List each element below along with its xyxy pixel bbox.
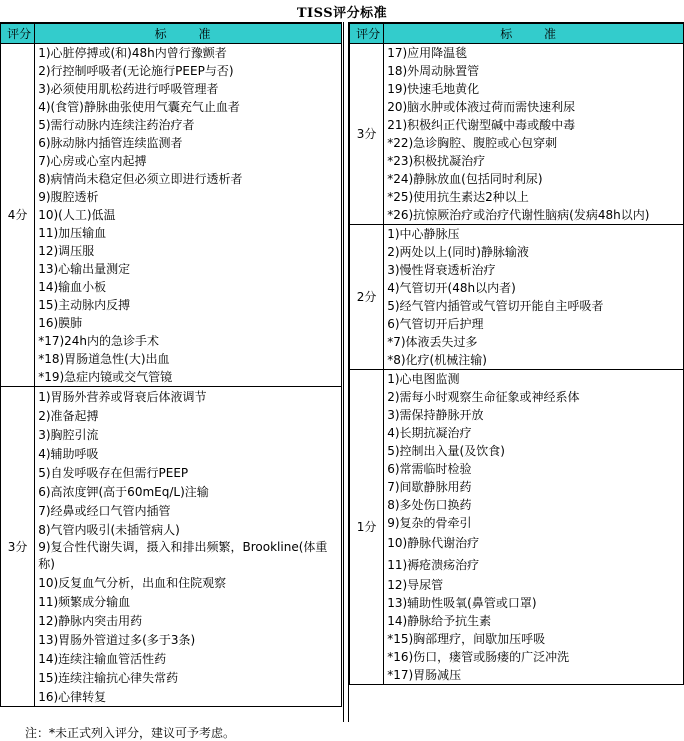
table-row: 18)外周动脉置管 <box>350 62 684 80</box>
table-row: 11)褥疮溃疡治疗 <box>350 554 684 576</box>
table-row: 4分1)心脏停搏或(和)48h内曾行豫颤者 <box>1 44 342 63</box>
criteria-item: 4)气管切开(48h以内者) <box>384 279 684 297</box>
criteria-item: 12)调压服 <box>35 242 342 260</box>
table-header-row: 评分 标 准 <box>350 23 684 44</box>
criteria-item: 7)经鼻或经口气管内插管 <box>35 501 342 520</box>
table-row: 10)反复血气分析，出血和住院观察 <box>1 573 342 592</box>
table-row: 14)连续注输血管活性药 <box>1 649 342 668</box>
criteria-item: 1)中心静脉压 <box>384 225 684 244</box>
table-row: 4)(食管)静脉曲张使用气囊充气止血者 <box>1 98 342 116</box>
criteria-item: 20)脑水肿或体液过荷而需快速利尿 <box>384 98 684 116</box>
criteria-item: *19)急症内镜或交气管镜 <box>35 368 342 387</box>
criteria-item: 19)快速毛地黄化 <box>384 80 684 98</box>
criteria-item: 2)需每小时观察生命征象或神经系体 <box>384 388 684 406</box>
criteria-item: 1)心电图监测 <box>384 370 684 389</box>
right-body: 3分17)应用降温毯18)外周动脉置管19)快速毛地黄化20)脑水肿或体液过荷而… <box>350 44 684 685</box>
criteria-item: 3)必须使用肌松药进行呼吸管理者 <box>35 80 342 98</box>
table-row: *17)胃肠减压 <box>350 666 684 685</box>
criteria-item: 7)心房或心室内起搏 <box>35 152 342 170</box>
criteria-item: 12)导尿管 <box>384 576 684 594</box>
table-row: 6)脉动脉内插管连续监测者 <box>1 134 342 152</box>
criteria-item: 10)(人工)低温 <box>35 206 342 224</box>
criteria-item: 13)心输出量测定 <box>35 260 342 278</box>
criteria-item: 5)需行动脉内连续注药治疗者 <box>35 116 342 134</box>
criteria-item: 5)经气管内插管或气管切开能自主呼吸者 <box>384 297 684 315</box>
table-row: 6)气管切开后护理 <box>350 315 684 333</box>
table-row: *17)24h内的急诊手术 <box>1 332 342 350</box>
table-row: 6)常需临时检验 <box>350 460 684 478</box>
criteria-item: 2)行控制呼吸者(无论施行PEEP与否) <box>35 62 342 80</box>
criteria-item: *18)胃肠道急性(大)出血 <box>35 350 342 368</box>
table-row: 8)多处伤口换药 <box>350 496 684 514</box>
table-row: 4)气管切开(48h以内者) <box>350 279 684 297</box>
table-row: *25)使用抗生素达2种以上 <box>350 188 684 206</box>
table-row: 9)复杂的骨牵引 <box>350 514 684 532</box>
score-cell: 2分 <box>350 225 384 370</box>
table-row: *8)化疗(机械注输) <box>350 351 684 370</box>
criteria-item: *16)伤口，瘘管或肠瘘的广泛冲洗 <box>384 648 684 666</box>
table-row: 3分17)应用降温毯 <box>350 44 684 63</box>
table-row: 5)经气管内插管或气管切开能自主呼吸者 <box>350 297 684 315</box>
table-row: 4)辅助呼吸 <box>1 444 342 463</box>
table-row: 12)导尿管 <box>350 576 684 594</box>
table-row: *22)急诊胸腔、腹腔或心包穿刺 <box>350 134 684 152</box>
table-row: 5)需行动脉内连续注药治疗者 <box>1 116 342 134</box>
tiss-table-right: 评分 标 准 3分17)应用降温毯18)外周动脉置管19)快速毛地黄化20)脑水… <box>349 22 684 685</box>
table-row: 15)主动脉内反搏 <box>1 296 342 314</box>
criteria-item: *15)胸部理疗，间歇加压呼吸 <box>384 630 684 648</box>
criteria-item: 11)频繁成分输血 <box>35 592 342 611</box>
table-row: 13)心输出量测定 <box>1 260 342 278</box>
criteria-item: 2)准备起搏 <box>35 406 342 425</box>
criteria-item: 14)连续注输血管活性药 <box>35 649 342 668</box>
criteria-item: 8)病情尚未稳定但必须立即进行透析者 <box>35 170 342 188</box>
tiss-table-left: 评分 标 准 4分1)心脏停搏或(和)48h内曾行豫颤者2)行控制呼吸者(无论施… <box>0 22 342 707</box>
table-row: *23)积极扰凝治疗 <box>350 152 684 170</box>
table-row: 9)腹腔透析 <box>1 188 342 206</box>
table-row: 8)气管内吸引(未插管病人) <box>1 520 342 539</box>
table-row: 7)经鼻或经口气管内插管 <box>1 501 342 520</box>
header-criteria: 标 准 <box>384 23 684 44</box>
criteria-item: *22)急诊胸腔、腹腔或心包穿刺 <box>384 134 684 152</box>
table-row: 6)高浓度钾(高于60mEq/L)注输 <box>1 482 342 501</box>
criteria-item: 9)腹腔透析 <box>35 188 342 206</box>
table-row: 1分1)心电图监测 <box>350 370 684 389</box>
criteria-item: 4)长期抗凝治疗 <box>384 424 684 442</box>
table-row: 21)积极纠正代谢型碱中毒或酸中毒 <box>350 116 684 134</box>
criteria-item: 15)连续注输抗心律失常药 <box>35 668 342 687</box>
table-row: 2)准备起搏 <box>1 406 342 425</box>
criteria-item: 10)静脉代谢治疗 <box>384 532 684 554</box>
criteria-item: 11)加压输血 <box>35 224 342 242</box>
table-row: 14)输血小板 <box>1 278 342 296</box>
criteria-item: 16)膜肺 <box>35 314 342 332</box>
table-row: 15)连续注输抗心律失常药 <box>1 668 342 687</box>
criteria-item: 9)复合性代谢失调，摄入和排出频繁，Brookline(体重称) <box>35 539 342 573</box>
criteria-item: 2)两处以上(同时)静脉输液 <box>384 243 684 261</box>
criteria-item: 15)主动脉内反搏 <box>35 296 342 314</box>
table-row: 12)静脉内突击用药 <box>1 611 342 630</box>
criteria-item: 6)高浓度钾(高于60mEq/L)注输 <box>35 482 342 501</box>
table-row: 3)慢性肾衰透析治疗 <box>350 261 684 279</box>
criteria-item: 3)慢性肾衰透析治疗 <box>384 261 684 279</box>
table-row: 11)频繁成分输血 <box>1 592 342 611</box>
criteria-item: 5)自发呼吸存在但需行PEEP <box>35 463 342 482</box>
table-row: *7)体液丢失过多 <box>350 333 684 351</box>
table-row: 3)需保持静脉开放 <box>350 406 684 424</box>
criteria-item: 10)反复血气分析，出血和住院观察 <box>35 573 342 592</box>
criteria-item: *24)静脉放血(包括同时利尿) <box>384 170 684 188</box>
criteria-item: 6)气管切开后护理 <box>384 315 684 333</box>
table-row: 2分1)中心静脉压 <box>350 225 684 244</box>
left-body: 4分1)心脏停搏或(和)48h内曾行豫颤者2)行控制呼吸者(无论施行PEEP与否… <box>1 44 342 707</box>
criteria-item: 13)辅助性吸氧(鼻管或口罩) <box>384 594 684 612</box>
page-title: TISS评分标准 <box>0 2 684 21</box>
table-row: *18)胃肠道急性(大)出血 <box>1 350 342 368</box>
criteria-item: 13)胃肠外管道过多(多于3条) <box>35 630 342 649</box>
table-row: 20)脑水肿或体液过荷而需快速利尿 <box>350 98 684 116</box>
criteria-item: 16)心律转复 <box>35 687 342 707</box>
score-cell: 3分 <box>1 387 35 707</box>
criteria-item: 4)辅助呼吸 <box>35 444 342 463</box>
criteria-item: 17)应用降温毯 <box>384 44 684 63</box>
criteria-item: *23)积极扰凝治疗 <box>384 152 684 170</box>
score-cell: 4分 <box>1 44 35 387</box>
criteria-item: 3)需保持静脉开放 <box>384 406 684 424</box>
criteria-item: *26)抗惊厥治疗或治疗代谢性脑病(发病48h以内) <box>384 206 684 225</box>
table-row: *16)伤口，瘘管或肠瘘的广泛冲洗 <box>350 648 684 666</box>
table-row: *15)胸部理疗，间歇加压呼吸 <box>350 630 684 648</box>
criteria-item: *17)胃肠减压 <box>384 666 684 685</box>
criteria-item: 6)脉动脉内插管连续监测者 <box>35 134 342 152</box>
table-row: 12)调压服 <box>1 242 342 260</box>
score-cell: 1分 <box>350 370 384 685</box>
criteria-item: 3)胸腔引流 <box>35 425 342 444</box>
criteria-item: 1)胃肠外营养或肾衰后体液调节 <box>35 387 342 407</box>
criteria-item: 1)心脏停搏或(和)48h内曾行豫颤者 <box>35 44 342 63</box>
criteria-item: 9)复杂的骨牵引 <box>384 514 684 532</box>
table-row: 3)必须使用肌松药进行呼吸管理者 <box>1 80 342 98</box>
table-row: 2)需每小时观察生命征象或神经系体 <box>350 388 684 406</box>
criteria-item: 6)常需临时检验 <box>384 460 684 478</box>
criteria-item: 14)静脉给予抗生素 <box>384 612 684 630</box>
table-row: 11)加压输血 <box>1 224 342 242</box>
table-row: 10)(人工)低温 <box>1 206 342 224</box>
table-row: *19)急症内镜或交气管镜 <box>1 368 342 387</box>
table-row: 19)快速毛地黄化 <box>350 80 684 98</box>
criteria-item: *7)体液丢失过多 <box>384 333 684 351</box>
table-row: 4)长期抗凝治疗 <box>350 424 684 442</box>
table-row: 13)辅助性吸氧(鼻管或口罩) <box>350 594 684 612</box>
criteria-item: 21)积极纠正代谢型碱中毒或酸中毒 <box>384 116 684 134</box>
table-row: 3分1)胃肠外营养或肾衰后体液调节 <box>1 387 342 407</box>
header-criteria: 标 准 <box>35 23 342 44</box>
table-row: 16)心律转复 <box>1 687 342 707</box>
criteria-item: 4)(食管)静脉曲张使用气囊充气止血者 <box>35 98 342 116</box>
header-score: 评分 <box>350 23 384 44</box>
table-row: *24)静脉放血(包括同时利尿) <box>350 170 684 188</box>
table-row: 8)病情尚未稳定但必须立即进行透析者 <box>1 170 342 188</box>
header-score: 评分 <box>1 23 35 44</box>
criteria-item: 11)褥疮溃疡治疗 <box>384 554 684 576</box>
table-row: 14)静脉给予抗生素 <box>350 612 684 630</box>
criteria-item: 12)静脉内突击用药 <box>35 611 342 630</box>
table-header-row: 评分 标 准 <box>1 23 342 44</box>
criteria-item: *17)24h内的急诊手术 <box>35 332 342 350</box>
criteria-item: 18)外周动脉置管 <box>384 62 684 80</box>
criteria-item: *8)化疗(机械注输) <box>384 351 684 370</box>
table-row: 2)两处以上(同时)静脉输液 <box>350 243 684 261</box>
table-row: 13)胃肠外管道过多(多于3条) <box>1 630 342 649</box>
table-row: 7)心房或心室内起搏 <box>1 152 342 170</box>
table-row: 10)静脉代谢治疗 <box>350 532 684 554</box>
criteria-item: 5)控制出入量(及饮食) <box>384 442 684 460</box>
criteria-item: *25)使用抗生素达2种以上 <box>384 188 684 206</box>
table-row: 3)胸腔引流 <box>1 425 342 444</box>
footnote: 注：*未正式列入评分，建议可予考虑。 <box>25 724 235 741</box>
score-cell: 3分 <box>350 44 384 225</box>
criteria-item: 8)气管内吸引(未插管病人) <box>35 520 342 539</box>
table-row: 5)自发呼吸存在但需行PEEP <box>1 463 342 482</box>
table-row: 7)间歇静脉用药 <box>350 478 684 496</box>
table-row: 9)复合性代谢失调，摄入和排出频繁，Brookline(体重称) <box>1 539 342 573</box>
table-row: *26)抗惊厥治疗或治疗代谢性脑病(发病48h以内) <box>350 206 684 225</box>
table-row: 2)行控制呼吸者(无论施行PEEP与否) <box>1 62 342 80</box>
criteria-item: 8)多处伤口换药 <box>384 496 684 514</box>
table-row: 5)控制出入量(及饮食) <box>350 442 684 460</box>
criteria-item: 7)间歇静脉用药 <box>384 478 684 496</box>
table-row: 16)膜肺 <box>1 314 342 332</box>
criteria-item: 14)输血小板 <box>35 278 342 296</box>
